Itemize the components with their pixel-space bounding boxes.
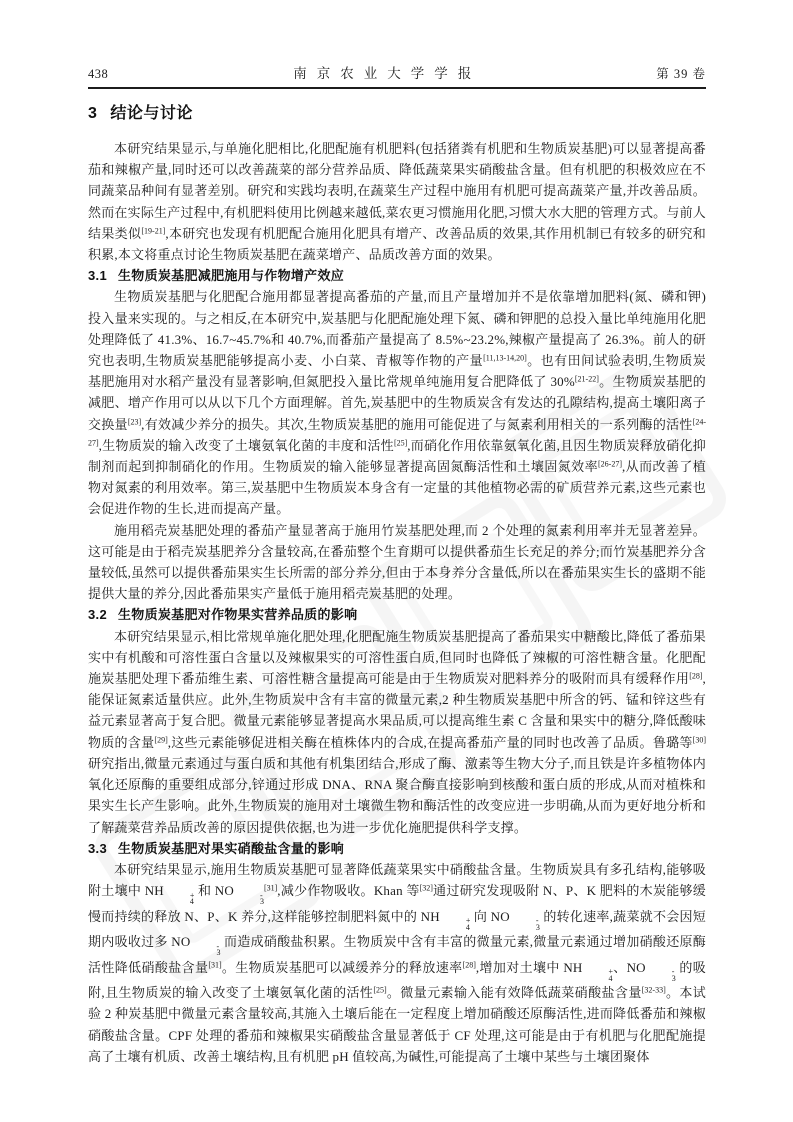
paragraph: 施用稻壳炭基肥处理的番茄产量显著高于施用竹炭基肥处理,而 2 个处理的氮素利用率…: [88, 520, 706, 605]
subsection-title: 生物质炭基肥减肥施用与作物增产效应: [118, 268, 344, 283]
article-content: 3结论与讨论 本研究结果显示,与单施化肥相比,化肥配施有机肥料(包括猪粪有机肥和…: [88, 103, 706, 1067]
ion-subscript: 4: [440, 925, 470, 932]
ion-base: NH: [421, 909, 440, 924]
article-body: 本研究结果显示,与单施化肥相比,化肥配施有机肥料(包括猪粪有机肥和生物质炭基肥)…: [88, 138, 706, 1067]
paragraph: 本研究结果显示,施用生物质炭基肥可显著降低蔬菜果实中硝酸盐含量。生物质炭具有多孔…: [88, 859, 706, 1067]
reference-superscript: [32]: [420, 884, 433, 893]
reference-superscript: [32-33]: [642, 986, 666, 995]
section-title: 结论与讨论: [110, 105, 193, 122]
subsection-title: 生物质炭基肥对作物果实营养品质的影响: [118, 607, 357, 622]
subsection-heading: 3.3生物质炭基肥对果实硝酸盐含量的影响: [88, 838, 706, 859]
ion-subsup: -3: [510, 918, 540, 931]
running-head: 438 南京农业大学学报 第 39 卷: [88, 62, 706, 82]
ion-subsup: -3: [190, 944, 220, 957]
reference-superscript: [19-21]: [141, 226, 165, 235]
reference-superscript: [28]: [689, 672, 702, 681]
ion-subsup: +4: [164, 893, 195, 906]
chemical-ion: NH+4: [421, 909, 471, 924]
page-number: 438: [88, 67, 108, 82]
journal-title: 南京农业大学学报: [283, 62, 481, 82]
reference-superscript: [11,13-14,20]: [483, 354, 527, 363]
reference-superscript: [30]: [693, 735, 706, 744]
ion-base: NH: [563, 960, 582, 975]
ion-subsup: +4: [440, 918, 471, 931]
journal-page: 438 南京农业大学学报 第 39 卷 3结论与讨论 本研究结果显示,与单施化肥…: [0, 0, 793, 1122]
subsection-number: 3.2: [88, 607, 107, 622]
ion-subsup: -3: [646, 969, 676, 982]
reference-superscript: [21-22]: [575, 375, 599, 384]
ion-subsup: +4: [583, 969, 614, 982]
ion-subsup: -3: [234, 893, 264, 906]
paragraph: 生物质炭基肥与化肥配合施用都显著提高番茄的产量,而且产量增加并不是依靠增加肥料(…: [88, 286, 706, 519]
ion-base: NO: [171, 934, 190, 949]
chemical-ion: NO-3: [171, 934, 220, 949]
reference-superscript: [25]: [373, 986, 386, 995]
volume-label: 第 39 卷: [656, 64, 706, 82]
subsection-heading: 3.1生物质炭基肥减肥施用与作物增产效应: [88, 265, 706, 286]
reference-superscript: [29]: [154, 735, 167, 744]
reference-superscript: [25]: [394, 438, 407, 447]
chemical-ion: NH+4: [563, 960, 613, 975]
section-heading: 3结论与讨论: [88, 103, 706, 125]
header-rule: [88, 87, 706, 89]
ion-subscript: 3: [510, 925, 540, 932]
reference-superscript: [26-27]: [598, 460, 622, 469]
paragraph: 本研究结果显示,与单施化肥相比,化肥配施有机肥料(包括猪粪有机肥和生物质炭基肥)…: [88, 138, 706, 265]
subsection-title: 生物质炭基肥对果实硝酸盐含量的影响: [118, 841, 344, 856]
subsection-number: 3.1: [88, 268, 107, 283]
chemical-ion: NO-3: [627, 960, 676, 975]
ion-subscript: 4: [164, 899, 194, 906]
reference-superscript: [31]: [208, 960, 221, 969]
ion-base: NO: [491, 909, 510, 924]
reference-superscript: [28]: [463, 960, 476, 969]
chemical-ion: NH+4: [145, 883, 195, 898]
subsection-heading: 3.2生物质炭基肥对作物果实营养品质的影响: [88, 604, 706, 625]
reference-superscript: [31]: [264, 884, 277, 893]
section-number: 3: [88, 105, 97, 122]
ion-subscript: 3: [234, 899, 264, 906]
ion-base: NO: [215, 883, 234, 898]
chemical-ion: NO-3: [215, 883, 264, 898]
ion-subscript: 3: [190, 950, 220, 957]
reference-superscript: [23]: [128, 417, 141, 426]
subsection-number: 3.3: [88, 841, 107, 856]
chemical-ion: NO-3: [491, 909, 540, 924]
paragraph: 本研究结果显示,相比常规单施化肥处理,化肥配施生物质炭基肥提高了番茄果实中糖酸比…: [88, 626, 706, 838]
ion-base: NO: [627, 960, 646, 975]
ion-subscript: 4: [583, 976, 613, 983]
ion-base: NH: [145, 883, 164, 898]
ion-subscript: 3: [646, 976, 676, 983]
